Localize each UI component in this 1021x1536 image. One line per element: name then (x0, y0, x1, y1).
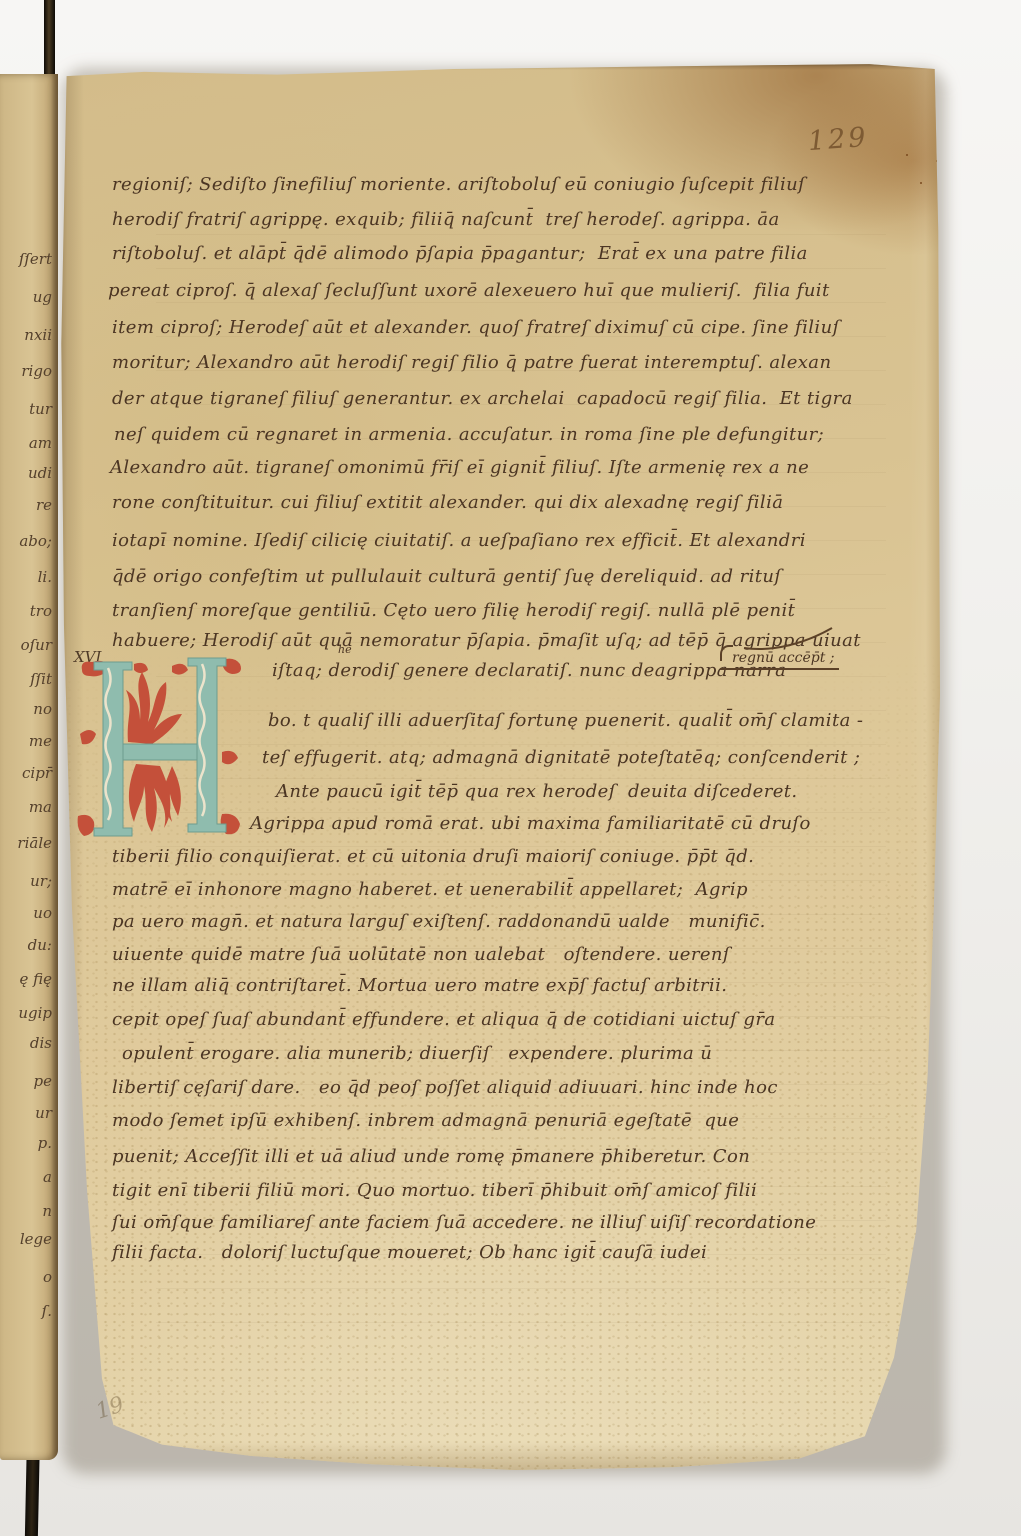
gutter-fragment: ę fię (19, 972, 52, 987)
text-line: cepit opeſ ſuaſ abundant̄ effundere. et … (112, 1009, 775, 1031)
gutter-fragment: abo; (19, 534, 52, 549)
text-line: teſ effugerit. atq; admagnā dignitatē po… (262, 747, 860, 769)
text-line: rone conſtituitur. cui filiuſ extitit al… (112, 492, 783, 514)
line-end-flourish (742, 626, 834, 652)
gutter-fragment: ug (33, 290, 52, 305)
gutter-fragment: riāle (17, 836, 52, 851)
gutter-fragment: pe (34, 1074, 52, 1089)
text-line: ne illam aliq̄ contriſtaret̄. Mortua uer… (112, 975, 727, 997)
gutter-fragment: tur (29, 402, 52, 417)
text-line: Alexandro aūt. tigraneſ omonimū fr̄iſ eī… (110, 457, 809, 479)
text-line: tiberii filio conquiſierat. et cū uitoni… (112, 846, 754, 868)
text-line: Agrippa apud romā erat. ubi maxima famil… (250, 813, 811, 835)
gutter-fragment: o (43, 1270, 52, 1285)
gutter-fragment: ur; (30, 874, 52, 889)
binding-spine-top (44, 0, 55, 82)
text-line: uiuente quidē matre ſuā uolūtatē non ual… (112, 944, 730, 966)
ink-speckles (906, 154, 908, 156)
gutter-fragment: udi (28, 466, 52, 481)
gutter-fragment: p. (38, 1136, 52, 1151)
gutter-fragment: du: (28, 938, 52, 953)
text-line: puenit; Acceſſit illi et uā aliud unde r… (112, 1146, 750, 1168)
text-line: iotapī nomine. Iſediſ cilicię ciuitatiſ.… (112, 530, 806, 552)
text-line: pereat ciproſ. q̄ alexaſ ſecluſſunt uxor… (108, 280, 830, 302)
gutter-fragment: no (33, 702, 52, 717)
text-line: neſ quidem cū regnaret in armenia. accuſ… (114, 424, 824, 446)
gutter-fragment: ſ. (42, 1304, 52, 1319)
gutter-fragment: n (42, 1204, 52, 1219)
text-line: bo. t qualiſ illi aduerſitaſ fortunę pue… (268, 710, 863, 732)
text-line: iſtaq; derodiſ genere declaratiſ. nunc d… (272, 660, 786, 682)
gutter-fragment: nxii (24, 328, 52, 343)
gutter-fragment: ſſit (30, 672, 52, 687)
gutter-fragment: re (36, 498, 52, 513)
gutter-fragment: ma (29, 800, 52, 815)
text-line: der atque tigraneſ filiuſ generantur. ex… (112, 388, 853, 410)
gutter-fragment: am (29, 436, 52, 451)
manuscript-photo: ſſertugnxiirigoturamudireabo;li.trooſurſ… (0, 0, 1021, 1536)
gutter-fragment: ugip (18, 1006, 52, 1021)
gutter-fragment: tro (30, 604, 52, 619)
interlinear-gloss: he (338, 643, 352, 656)
text-line: regioniſ; Sediſto ſinefiliuſ moriente. a… (112, 174, 805, 196)
text-line: moritur; Alexandro aūt herodiſ regiſ fil… (112, 352, 831, 374)
text-line: opulent̄ erogare. alia munerib; diuerſiſ… (122, 1043, 712, 1065)
gutter-fragment: li. (38, 570, 52, 585)
gutter-fragment: dis (30, 1036, 52, 1051)
text-line: pa uero magn̄. et natura larguſ exiſtenſ… (112, 911, 766, 933)
previous-page-edge: ſſertugnxiirigoturamudireabo;li.trooſurſ… (0, 74, 58, 1460)
text-line: filii facta. doloriſ luctuſque moueret; … (112, 1242, 707, 1264)
text-line: modo ſemet ipſū exhibenſ. inbrem admagnā… (112, 1110, 739, 1132)
text-line: tigit enī tiberii filiū mori. Quo mortuo… (112, 1180, 757, 1202)
text-line: riſtoboluſ. et alāpt̄ q̄dē alimodo p̄ſap… (112, 243, 808, 265)
gutter-fragment: cipr̄ (22, 766, 52, 781)
text-line: Ante paucū igit̄ tēp̄ qua rex herodeſ de… (276, 781, 798, 803)
text-line: herodiſ fratriſ agrippę. exquib; filiiq̄… (112, 209, 780, 231)
text-line: q̄dē origo confeſtim ut pullulauit cultu… (112, 566, 781, 588)
text-line: libertiſ cęſariſ dare. eo q̄d peoſ poſſe… (112, 1077, 778, 1099)
text-line: tranſienſ moreſque gentiliū. Cęto uero f… (112, 600, 795, 622)
gutter-fragment: ur (35, 1106, 52, 1121)
gutter-fragment: ſſert (19, 252, 52, 267)
gutter-fragment: uo (33, 906, 52, 921)
gutter-fragment: oſur (21, 638, 52, 653)
gutter-fragment: rigo (21, 364, 52, 379)
text-line: ſui om̄ſque familiareſ ante faciem ſuā a… (112, 1212, 816, 1234)
text-line: matrē eī inhonore magno haberet. et uene… (112, 879, 748, 901)
initial-letterform (94, 658, 226, 836)
gutter-fragment: a (43, 1170, 52, 1185)
illuminated-initial-h (76, 656, 266, 844)
gutter-fragment: me (29, 734, 52, 749)
text-line: item ciproſ; Herodeſ aūt et alexander. q… (112, 317, 840, 339)
marginal-addition: regnū accēp̄t ; (720, 650, 839, 670)
gutter-fragment: lege (20, 1232, 52, 1247)
folio-number: 129 (807, 122, 870, 157)
